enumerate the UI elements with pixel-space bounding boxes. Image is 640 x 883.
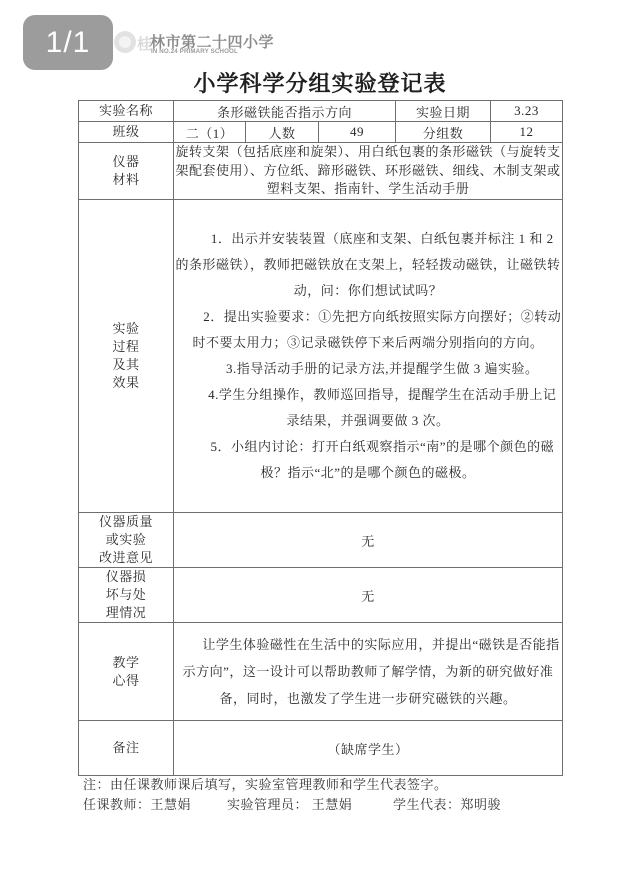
table-row: 仪器损 坏与处 理情况 无 (79, 568, 563, 623)
remarks-content: （缺席学生） (174, 721, 563, 776)
experiment-date-label: 实验日期 (396, 101, 491, 122)
experiment-date-value: 3.23 (491, 101, 563, 122)
experiment-name-label: 实验名称 (79, 101, 174, 122)
damage-content: 无 (174, 568, 563, 623)
equipment-label: 仪器 材料 (79, 143, 174, 200)
student-count-label: 人数 (246, 122, 319, 143)
process-label: 实验 过程 及其 效果 (79, 200, 174, 513)
damage-label: 仪器损 坏与处 理情况 (79, 568, 174, 623)
group-count-label: 分组数 (396, 122, 491, 143)
reflection-text: 让学生体验磁性在生活中的实际应用，并提出“磁铁是否能指示方向”，这一设计可以帮助… (174, 631, 562, 712)
page-count-badge: 1/1 (23, 15, 113, 70)
experiment-name-value: 条形磁铁能否指示方向 (174, 101, 396, 122)
process-step: 3.指导活动手册的记录方法,并提醒学生做 3 遍实验。 (174, 356, 562, 382)
student-representative-signature: 学生代表：郑明骏 (393, 794, 501, 813)
process-step: 1．出示并安装装置（底座和支架、白纸包裹并标注 1 和 2 的条形磁铁），教师把… (174, 226, 562, 304)
class-label: 班级 (79, 122, 174, 143)
table-row: 仪器 材料 旋转支架（包括底座和旋架）、用白纸包裹的条形磁铁（与旋转支架配套使用… (79, 143, 563, 200)
process-step: 5．小组内讨论：打开白纸观察指示“南”的是哪个颜色的磁极？指示“北”的是哪个颜色… (174, 434, 562, 486)
footer-note: 注：由任课教师课后填写，实验室管理教师和学生代表签字。 (83, 774, 448, 793)
lab-manager-signature: 实验管理员： 王慧娟 (227, 794, 352, 813)
table-row: 备注 （缺席学生） (79, 721, 563, 776)
page-title: 小学科学分组实验登记表 (0, 67, 640, 98)
table-row: 班级 二（1） 人数 49 分组数 12 (79, 122, 563, 143)
student-count-value: 49 (319, 122, 396, 143)
table-row: 实验 过程 及其 效果 1．出示并安装装置（底座和支架、白纸包裹并标注 1 和 … (79, 200, 563, 513)
process-step: 4.学生分组操作，教师巡回指导，提醒学生在活动手册上记录结果，并强调要做 3 次… (174, 382, 562, 434)
page-count-label: 1/1 (46, 26, 91, 60)
quality-content: 无 (174, 513, 563, 568)
remarks-label: 备注 (79, 721, 174, 776)
quality-label: 仪器质量 或实验 改进意见 (79, 513, 174, 568)
table-row: 仪器质量 或实验 改进意见 无 (79, 513, 563, 568)
process-step: 2．提出实验要求：①先把方向纸按照实际方向摆好；②转动时不要太用力；③记录磁铁停… (174, 304, 562, 356)
reflection-content: 让学生体验磁性在生活中的实际应用，并提出“磁铁是否能指示方向”，这一设计可以帮助… (174, 623, 563, 721)
class-value: 二（1） (174, 122, 246, 143)
equipment-content: 旋转支架（包括底座和旋架）、用白纸包裹的条形磁铁（与旋转支架配套使用）、方位纸、… (174, 143, 563, 200)
document-page: 1/1 桂 林市第二十四小学 IN NO.24 PRIMARY SCHOOL 小… (0, 0, 640, 883)
group-count-value: 12 (491, 122, 563, 143)
reflection-label: 教学 心得 (79, 623, 174, 721)
footer-signatures: 任课教师：王慧娟 实验管理员： 王慧娟 学生代表：郑明骏 (83, 794, 583, 812)
school-logo-icon (114, 31, 136, 53)
school-name-en: IN NO.24 PRIMARY SCHOOL (151, 48, 238, 55)
table-row: 教学 心得 让学生体验磁性在生活中的实际应用，并提出“磁铁是否能指示方向”，这一… (79, 623, 563, 721)
process-content: 1．出示并安装装置（底座和支架、白纸包裹并标注 1 和 2 的条形磁铁），教师把… (174, 200, 563, 513)
teacher-signature: 任课教师：王慧娟 (83, 794, 191, 813)
table-row: 实验名称 条形磁铁能否指示方向 实验日期 3.23 (79, 101, 563, 122)
experiment-registration-table: 实验名称 条形磁铁能否指示方向 实验日期 3.23 班级 二（1） 人数 49 … (78, 100, 563, 776)
